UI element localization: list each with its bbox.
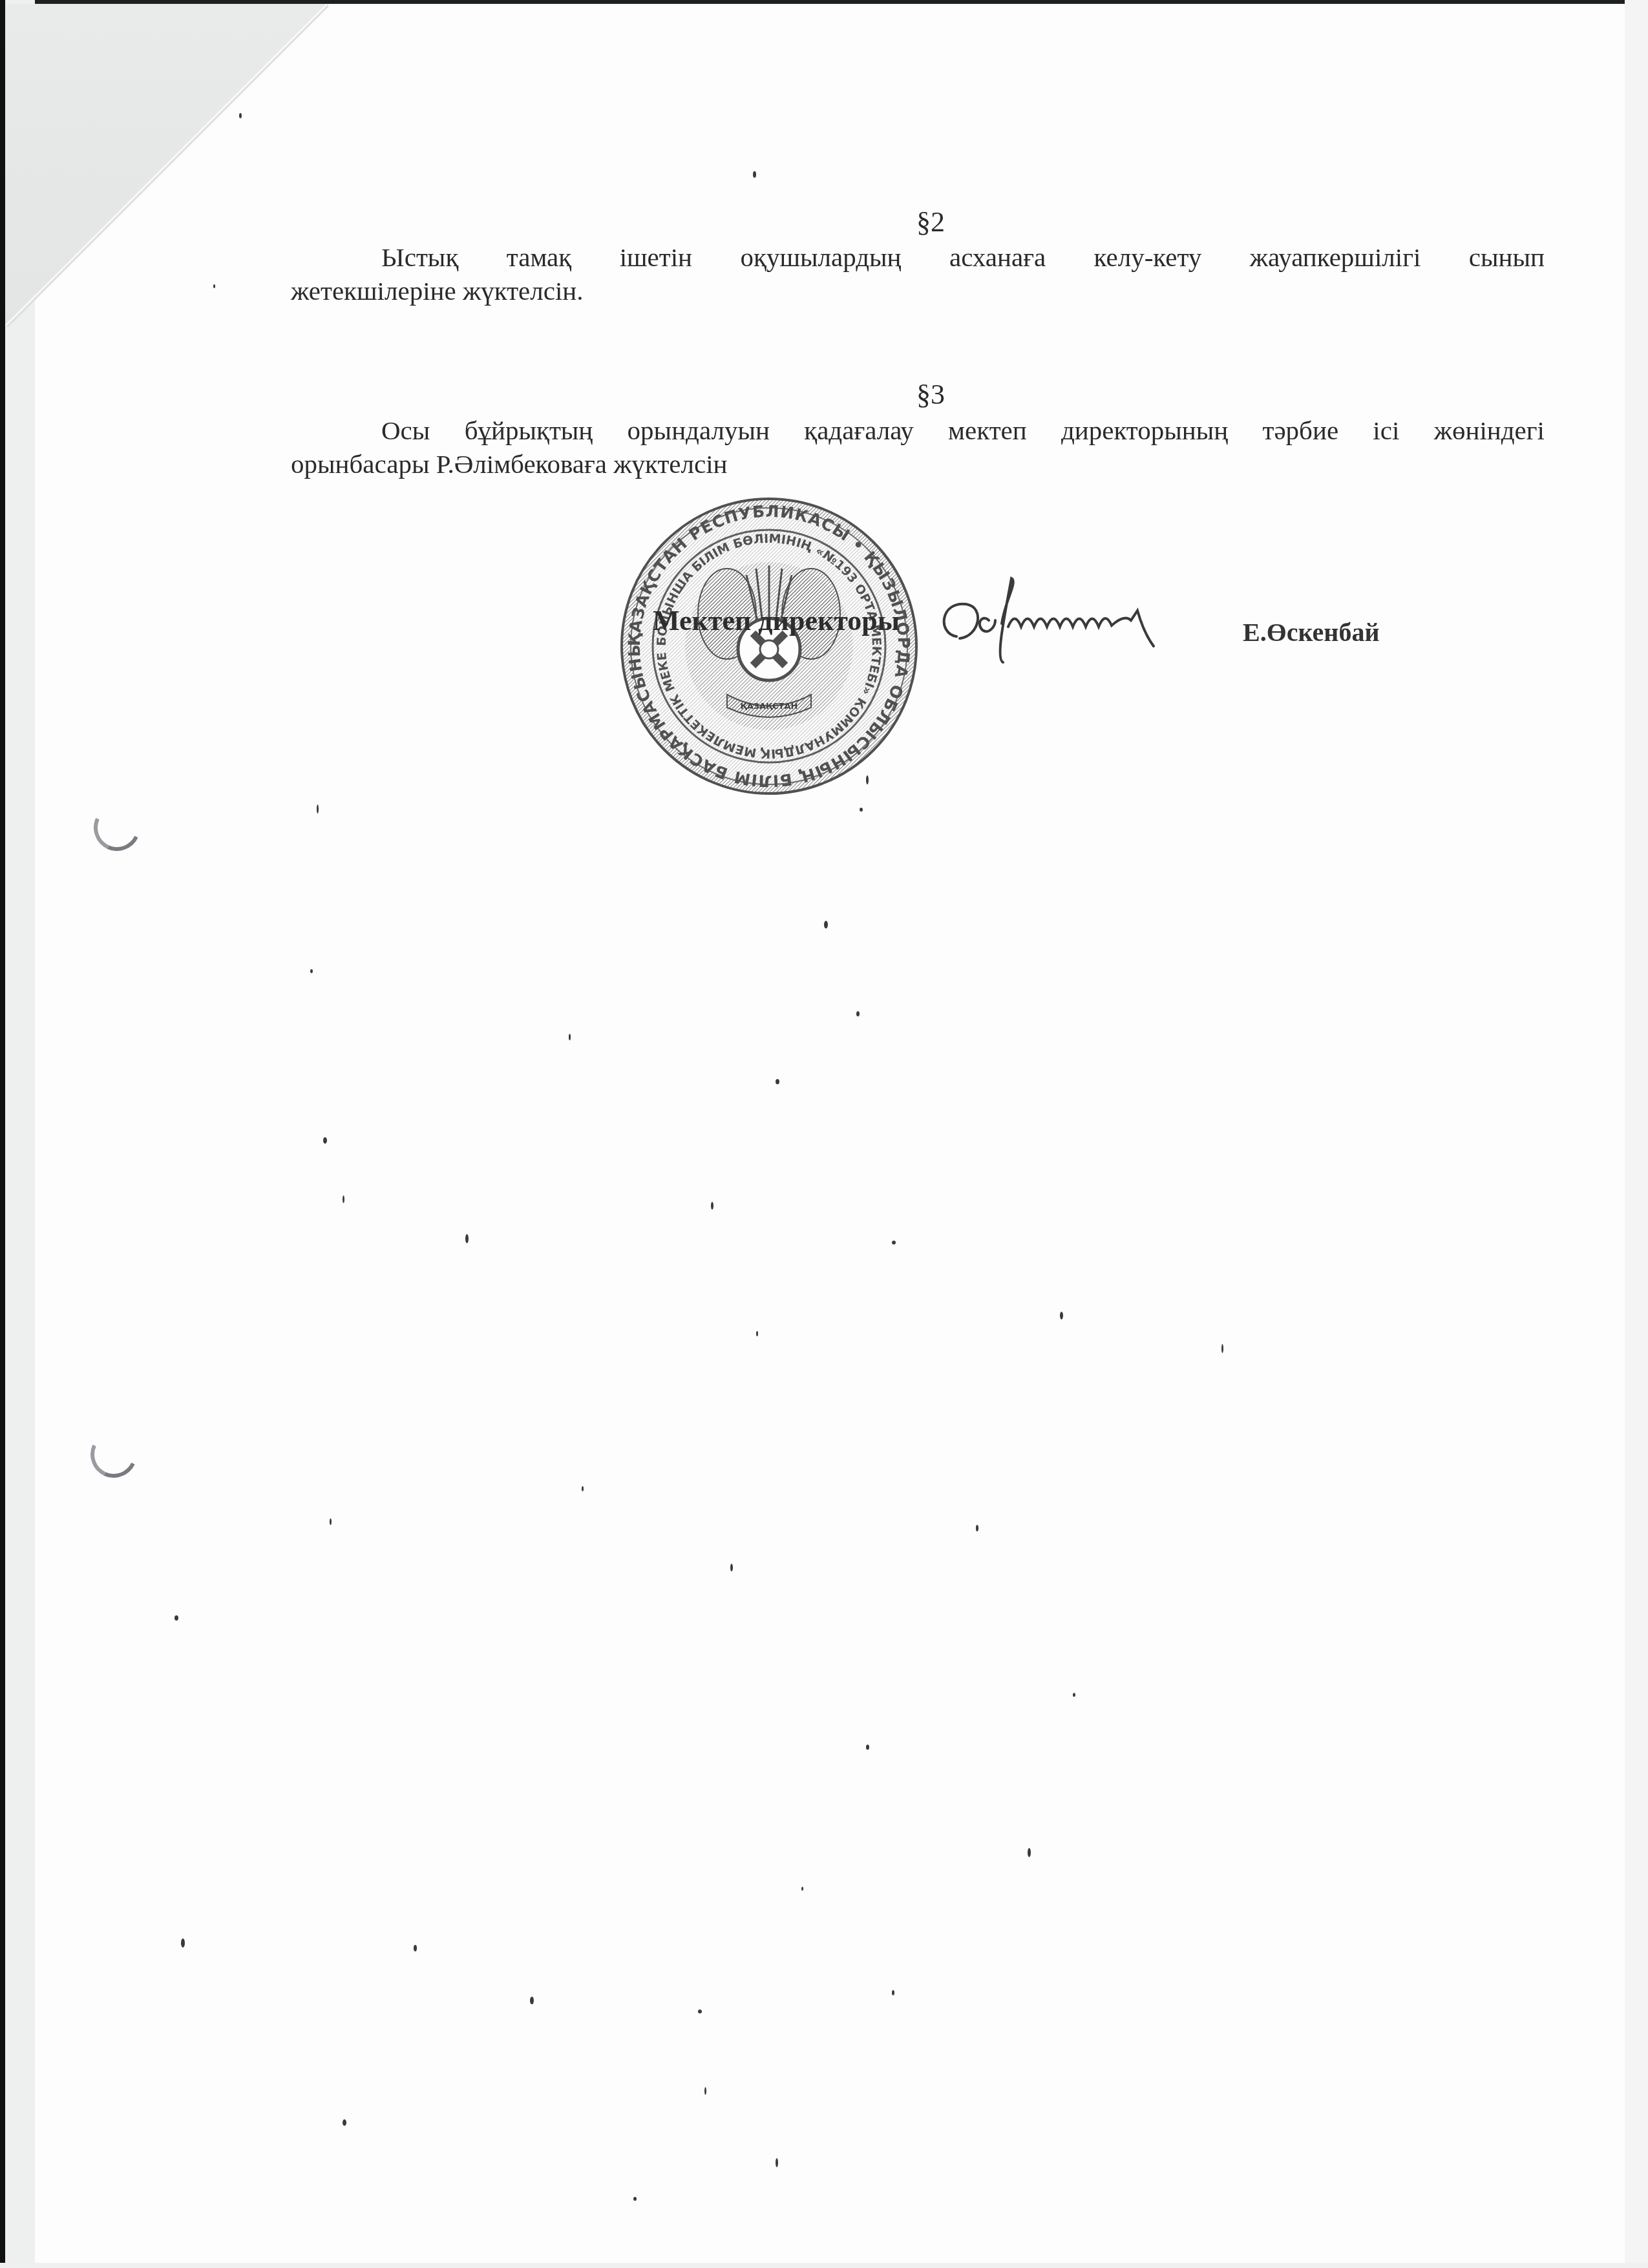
scan-speck [892, 1990, 894, 1995]
scan-speck [711, 1202, 713, 1210]
scan-speck [892, 1241, 896, 1244]
scan-speck [1073, 1693, 1075, 1697]
scan-speck [330, 1518, 332, 1525]
scan-speck [1028, 1848, 1031, 1857]
scan-speck [704, 2087, 706, 2095]
scan-speck [582, 1486, 584, 1491]
scan-edge-right [1625, 0, 1648, 2268]
scan-speck [824, 921, 828, 929]
scan-speck [310, 969, 313, 973]
scan-speck [239, 113, 242, 118]
coat-of-arms-icon: ҚАЗАҚСТАН [685, 562, 853, 730]
scan-speck [776, 1079, 779, 1084]
scan-speck [174, 1615, 178, 1621]
scan-speck [1221, 1344, 1223, 1353]
section-2-line-1: Ыстық тамақ ішетін оқушылардың асханаға … [291, 240, 1545, 274]
scan-speck [801, 1887, 803, 1891]
scan-speck [1060, 1312, 1063, 1319]
section-3-line-2: орынбасары Р.Әлімбековаға жүктелсін [291, 449, 728, 479]
scan-speck [756, 1331, 758, 1336]
scan-speck [698, 2010, 702, 2013]
scan-speck [856, 1011, 860, 1016]
scan-edge-left [0, 0, 5, 2268]
scan-edge-bottom [0, 2263, 1648, 2268]
fold-crease [5, 4, 328, 327]
official-stamp-icon: ҚАЗАҚСТАН РЕСПУБЛИКАСЫ • ҚЫЗЫЛОРДА ОБЛЫС… [617, 494, 921, 798]
scan-speck [181, 1938, 185, 1948]
section-3-line-1: Осы бұйрықтың орындалуын қадағалау мекте… [291, 414, 1545, 447]
scan-speck [414, 1945, 417, 1951]
scan-speck [343, 2119, 346, 2126]
signatory-title: Мектеп директоры [653, 604, 900, 637]
scan-speck [343, 1195, 344, 1203]
scan-speck [866, 1745, 869, 1750]
scan-speck [569, 1034, 571, 1040]
scan-speck [753, 171, 756, 178]
scan-speck [730, 1564, 733, 1571]
hole-punch-icon [87, 798, 147, 857]
scan-speck [323, 1137, 327, 1144]
scan-speck [633, 2197, 637, 2201]
section-2-line-2: жетекшілеріне жүктелсін. [291, 276, 583, 306]
svg-text:ҚАЗАҚСТАН: ҚАЗАҚСТАН [741, 702, 798, 711]
scan-speck [776, 2158, 778, 2167]
section-mark-3: §3 [0, 378, 1648, 411]
section-mark-2: §2 [0, 205, 1648, 238]
signatory-name: Е.Өскенбай [1243, 617, 1379, 647]
scan-speck [213, 284, 215, 288]
scan-strip-left [5, 0, 35, 2268]
section-2-paragraph: Ыстық тамақ ішетін оқушылардың асханаға … [291, 240, 1545, 308]
scan-speck [317, 804, 319, 814]
section-3-paragraph: Осы бұйрықтың орындалуын қадағалау мекте… [291, 414, 1545, 481]
scan-speck [976, 1525, 978, 1531]
hole-punch-icon [84, 1425, 143, 1484]
scan-speck [860, 808, 863, 812]
scan-speck [465, 1234, 469, 1243]
scan-speck [530, 1997, 534, 2004]
handwritten-signature-icon [931, 575, 1228, 666]
